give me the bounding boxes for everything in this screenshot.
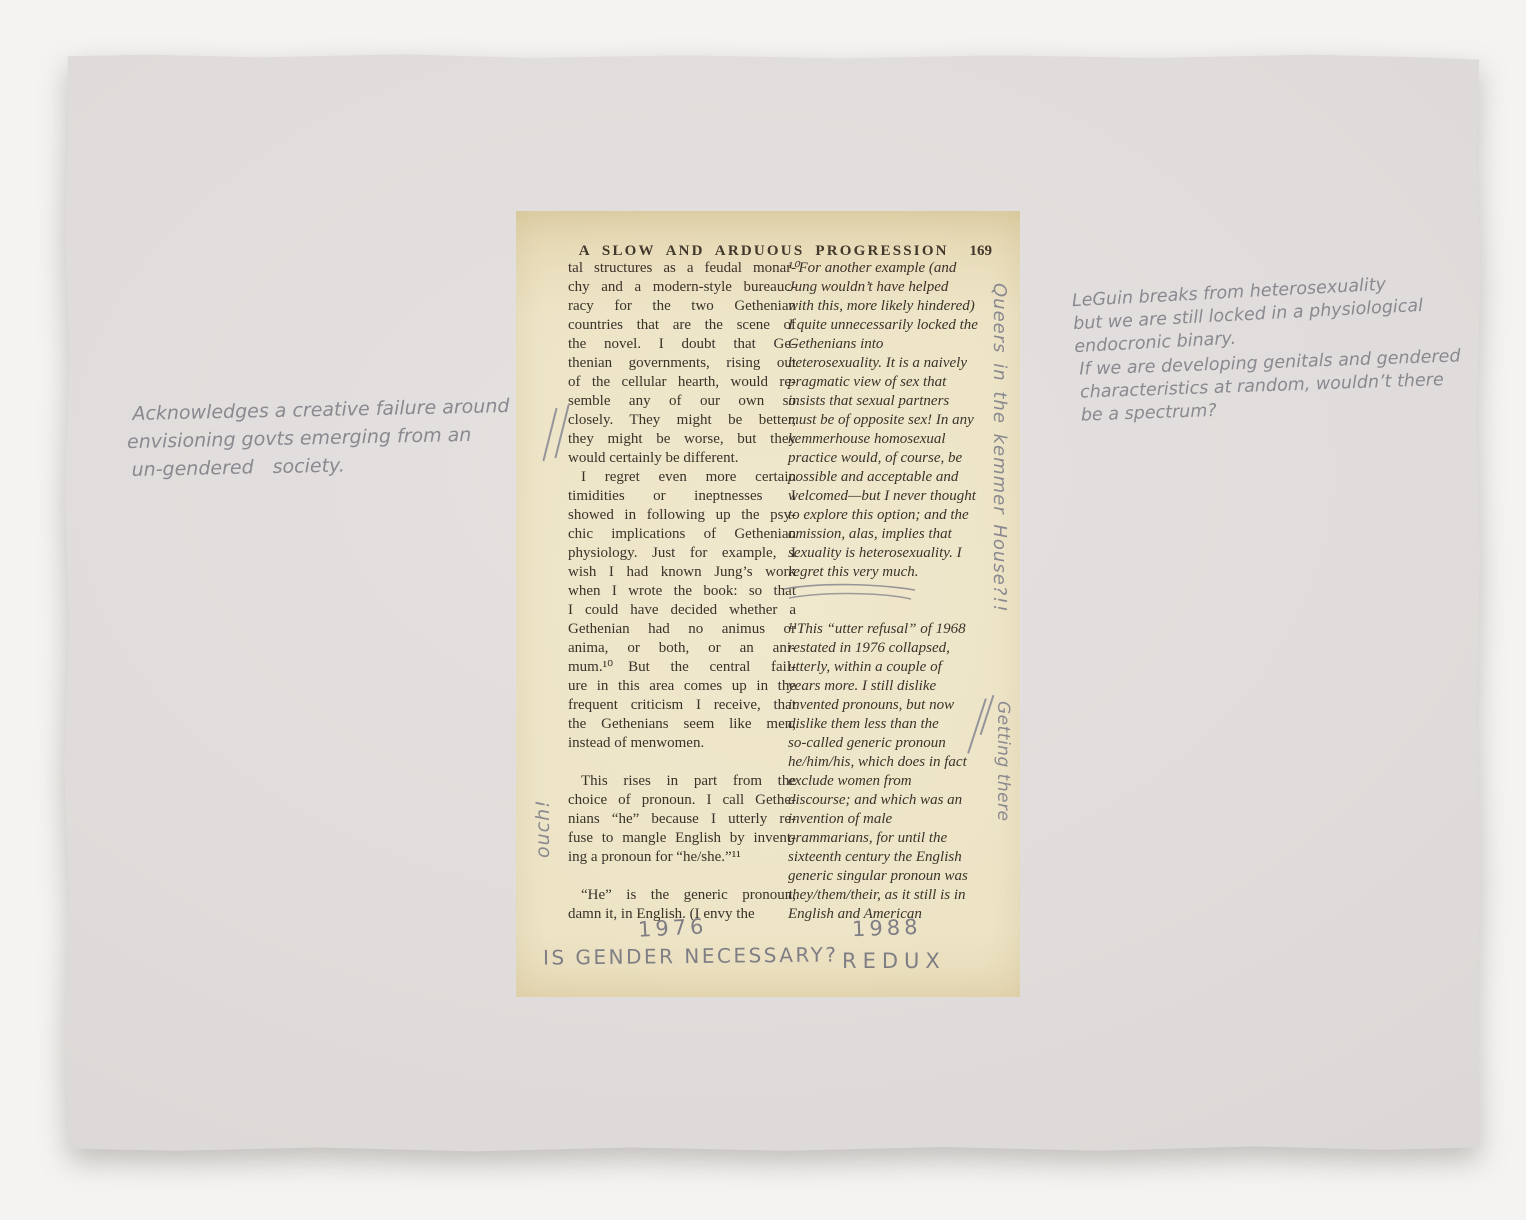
handwritten-margin-getting-there: Getting there [993, 701, 1013, 822]
handwritten-note-left: Acknowledges a creative failure arounden… [132, 392, 511, 484]
handwritten-margin-queers: Queers in the kemmer House?!! [989, 283, 1010, 613]
left-text-column: tal structures as a feudal monar-chy and… [568, 259, 796, 924]
artwork-photograph: A SLOW AND ARDUOUS PROGRESSION 169 tal s… [0, 0, 1526, 1220]
handwritten-margin-ouch: ouch! [532, 799, 554, 858]
handwritten-year-1976: 1976 [637, 914, 708, 942]
handwritten-year-1988: 1988 [852, 915, 922, 941]
handwritten-caption-is-gender-necessary: IS GENDER NECESSARY? [543, 942, 839, 969]
page-number: 169 [970, 243, 993, 260]
pencil-underline-regret [781, 581, 923, 607]
page-header: A SLOW AND ARDUOUS PROGRESSION 169 [568, 243, 992, 260]
handwritten-note-right-2: If we are developing genitals and gender… [1079, 345, 1463, 427]
handwritten-caption-redux: REDUX [842, 949, 946, 973]
page-header-title: A SLOW AND ARDUOUS PROGRESSION [568, 243, 960, 260]
book-page: A SLOW AND ARDUOUS PROGRESSION 169 tal s… [516, 211, 1020, 997]
